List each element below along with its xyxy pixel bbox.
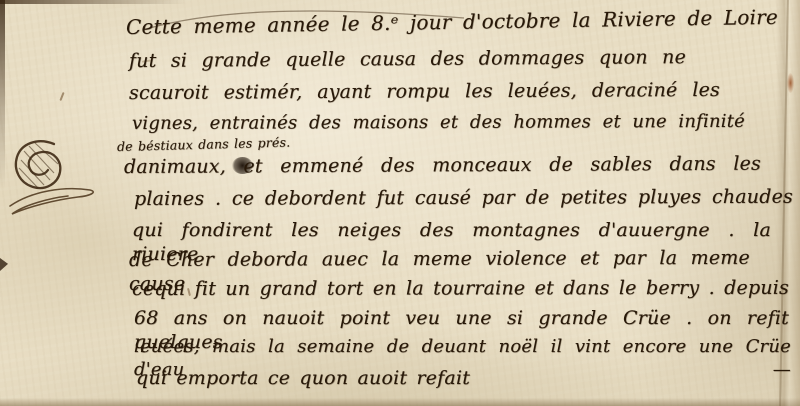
manuscript-line: scauroit estimér, ayant rompu les leuées… bbox=[129, 79, 720, 106]
paper-edge-bottom bbox=[0, 397, 800, 406]
scanned-document: Cette meme année le 8.ᵉ jour d'octobre l… bbox=[0, 0, 800, 406]
manuscript-line: fut si grande quelle causa des dommages … bbox=[129, 46, 686, 74]
manuscript-line: vignes, entrainés des maisons et des hom… bbox=[132, 111, 745, 136]
manuscript-line: plaines . ce debordent fut causé par de … bbox=[134, 186, 793, 212]
rust-stain bbox=[787, 73, 794, 93]
manuscript-line: danimaux, et emmené des monceaux de sabl… bbox=[124, 153, 761, 180]
paper-edge-left bbox=[0, 0, 5, 200]
margin-spiral-doodle-icon bbox=[8, 136, 112, 222]
manuscript-line: cequi fit un grand tort en la tourraine … bbox=[132, 277, 789, 302]
manuscript-line: qui emporta ce quon auoit refait bbox=[136, 367, 470, 391]
